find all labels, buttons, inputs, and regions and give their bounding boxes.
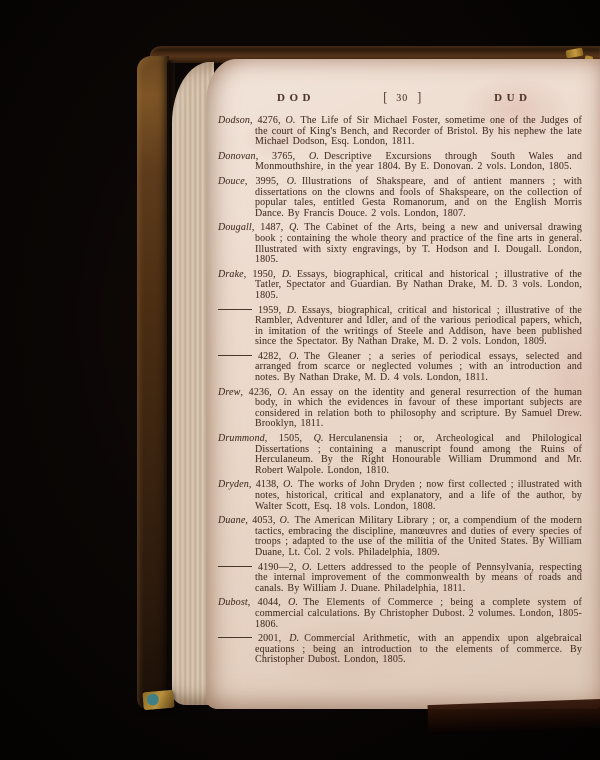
entry-number: 2001, <box>258 633 289 644</box>
entry-body: Commercial Arithmetic, with an appendix … <box>255 633 582 665</box>
entry-body: The Cabinet of the Arts, being a new and… <box>255 222 582 265</box>
page-number-group: [ 30 ] <box>383 90 421 105</box>
entry-number: , 4138, <box>249 479 283 490</box>
catalog-entry: Dougall, 1487, Q.The Cabinet of the Arts… <box>218 223 582 265</box>
catalog-entry: Drew, 4236, O.An essay on the identity a… <box>218 388 582 430</box>
catalog-entry: Douce, 3995, O.Illustrations of Shakspea… <box>218 177 582 219</box>
entry-author: Duane <box>218 515 245 526</box>
header-left-word: DOD <box>277 92 315 104</box>
book-spine <box>137 56 169 709</box>
repeat-author-dash <box>218 309 252 310</box>
catalog-entry: Duane, 4053, O.The American Military Lib… <box>218 516 582 558</box>
entry-body: Essays, biographical, critical and histo… <box>255 305 582 348</box>
header-right-word: DUD <box>494 92 531 104</box>
page-text: DOD [ 30 ] DUD Dodson, 4276, O.The Life … <box>218 90 582 670</box>
entry-format: O. <box>285 115 295 126</box>
entry-format: D. <box>287 305 297 316</box>
catalog-entry: 1959, D.Essays, biographical, critical a… <box>218 306 582 348</box>
entry-number: , 1950, <box>244 269 282 280</box>
entry-number: , 1505, <box>265 433 314 444</box>
spine-clasp-remnant <box>142 690 174 711</box>
entry-format: D. <box>289 633 299 644</box>
entry-format: O. <box>280 515 290 526</box>
entry-number: , 4276, <box>250 115 285 126</box>
entry-number: , 3995, <box>245 176 287 187</box>
entry-format: Q. <box>314 433 324 444</box>
entry-number: , 3765, <box>256 151 309 162</box>
photo-background: DOD [ 30 ] DUD Dodson, 4276, O.The Life … <box>0 0 600 760</box>
open-bracket: [ <box>383 89 387 106</box>
entry-body: The Gleaner ; a series of periodical ess… <box>255 351 582 383</box>
catalog-entry: 4282, O.The Gleaner ; a series of period… <box>218 352 582 384</box>
entry-number: , 1487, <box>252 222 289 233</box>
repeat-author-dash <box>218 637 252 638</box>
entry-author: Dryden <box>218 479 249 490</box>
catalog-entry: Donovan, 3765, O.Descriptive Excursions … <box>218 152 582 173</box>
entry-body: The Life of Sir Michael Foster, sometime… <box>255 115 582 147</box>
catalog-entry: 2001, D.Commercial Arithmetic, with an a… <box>218 634 582 666</box>
entry-number: , 4236, <box>240 387 277 398</box>
catalog-entry: 4190—2, O.Letters addressed to the peopl… <box>218 563 582 595</box>
catalog-entry: Dodson, 4276, O.The Life of Sir Michael … <box>218 116 582 148</box>
catalog-entry: Dubost, 4044, O.The Elements of Commerce… <box>218 598 582 630</box>
entry-number: , 4044, <box>248 597 288 608</box>
entry-author: Douce <box>218 176 245 187</box>
catalog-entry: Drummond, 1505, Q.Herculanensia ; or, Ar… <box>218 434 582 476</box>
entry-format: O. <box>288 597 298 608</box>
entries: Dodson, 4276, O.The Life of Sir Michael … <box>218 116 582 666</box>
entry-body: An essay on the identity and general res… <box>255 387 582 430</box>
entry-number: 1959, <box>258 305 287 316</box>
entry-body: The American Military Library ; or, a co… <box>255 515 582 558</box>
entry-author: Dougall <box>218 222 252 233</box>
page-header: DOD [ 30 ] DUD <box>218 90 582 105</box>
page-number: 30 <box>396 93 408 104</box>
catalog-entry: Drake, 1950, D.Essays, biographical, cri… <box>218 270 582 302</box>
entry-body: Illustrations of Shakspeare, and of anti… <box>255 176 582 219</box>
entry-body: Essays, biographical, critical and histo… <box>255 269 582 301</box>
entry-author: Drew <box>218 387 240 398</box>
catalog-entry: Dryden, 4138, O.The works of John Dryden… <box>218 480 582 512</box>
entry-format: Q. <box>289 222 299 233</box>
entry-format: O. <box>309 151 319 162</box>
book-cover-bottom-edge <box>428 699 600 735</box>
entry-author: Dodson <box>218 115 250 126</box>
entry-author: Drummond <box>218 433 265 444</box>
entry-author: Dubost <box>218 597 248 608</box>
entry-number: , 4053, <box>245 515 279 526</box>
close-bracket: ] <box>417 89 421 106</box>
entry-format: O. <box>277 387 287 398</box>
entry-format: D. <box>282 269 292 280</box>
entry-format: O. <box>283 479 293 490</box>
entry-body: The Elements of Commerce ; being a compl… <box>255 597 582 629</box>
entry-number: 4190—2, <box>258 562 302 573</box>
entry-format: O. <box>287 176 297 187</box>
entry-format: O. <box>302 562 312 573</box>
entry-body: The works of John Dryden ; now first col… <box>255 479 582 511</box>
entry-author: Drake <box>218 269 244 280</box>
repeat-author-dash <box>218 566 252 567</box>
entry-author: Donovan <box>218 151 256 162</box>
repeat-author-dash <box>218 355 252 356</box>
